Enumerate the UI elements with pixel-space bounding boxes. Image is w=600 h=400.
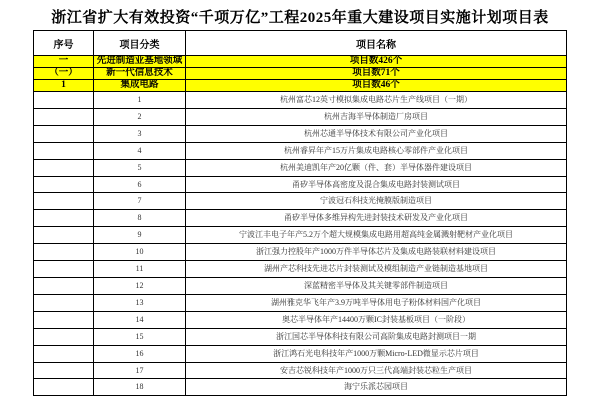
project-number-cell: 13 — [94, 294, 186, 311]
category-cell: 新一代信息技术 — [94, 68, 186, 80]
serial-cell-empty — [34, 108, 94, 125]
project-number-cell: 4 — [94, 142, 186, 159]
project-name-cell: 宁波冠石科技光掩膜版制造项目 — [186, 193, 567, 210]
project-row: 2杭州吉海半导体制造厂房项目 — [34, 108, 567, 125]
project-name-cell: 杭州吉海半导体制造厂房项目 — [186, 108, 567, 125]
project-row: 17安吉芯锐科技年产1000万只三代高端封装芯粒生产项目 — [34, 362, 567, 379]
project-name-cell: 海宁乐派芯园项目 — [186, 379, 567, 396]
project-name-cell: 浙江国芯半导体科技有限公司高阶集成电路封测项目一期 — [186, 328, 567, 345]
project-name-cell: 浙江鸿石光电科技年产1000万颗Micro-LED微显示芯片项目 — [186, 345, 567, 362]
project-row: 18海宁乐派芯园项目 — [34, 379, 567, 396]
serial-cell-empty — [34, 244, 94, 261]
project-name-cell: 奥芯半导体年产14400万颗IC封装基板项目（一阶段） — [186, 311, 567, 328]
serial-cell-empty — [34, 261, 94, 278]
serial-cell-empty — [34, 362, 94, 379]
serial-cell: 一 — [34, 56, 94, 68]
project-row: 12深蓝精密半导体及其关键零部件制造项目 — [34, 277, 567, 294]
serial-cell-empty — [34, 311, 94, 328]
project-number-cell: 18 — [94, 379, 186, 396]
section-row: 一先进制造业基地领域项目数426个 — [34, 56, 567, 68]
project-number-cell: 5 — [94, 159, 186, 176]
project-name-cell: 深蓝精密半导体及其关键零部件制造项目 — [186, 277, 567, 294]
project-row: 1杭州富芯12英寸模拟集成电路芯片生产线项目（一期） — [34, 92, 567, 109]
project-row: 10浙江强力控股年产1000万件半导体芯片及集成电路装联材料建设项目 — [34, 244, 567, 261]
project-number-cell: 12 — [94, 277, 186, 294]
project-row: 8甬矽半导体多维异构先进封装技术研发及产业化项目 — [34, 210, 567, 227]
document-page: 浙江省扩大有效投资“千项万亿”工程2025年重大建设项目实施计划项目表 序号 项… — [0, 0, 600, 400]
name-cell: 项目数71个 — [186, 68, 567, 80]
project-name-cell: 甬矽半导体多维异构先进封装技术研发及产业化项目 — [186, 210, 567, 227]
projects-table: 序号 项目分类 项目名称 一先进制造业基地领域项目数426个（一）新一代信息技术… — [33, 30, 567, 396]
serial-cell-empty — [34, 328, 94, 345]
serial-cell: （一） — [34, 68, 94, 80]
project-number-cell: 11 — [94, 261, 186, 278]
serial-cell-empty — [34, 277, 94, 294]
serial-cell-empty — [34, 379, 94, 396]
project-name-cell: 湖州雅克华飞年产3.9万吨半导体用电子粉体材料国产化项目 — [186, 294, 567, 311]
serial-cell-empty — [34, 227, 94, 244]
category-cell: 集成电路 — [94, 80, 186, 92]
serial-cell-empty — [34, 345, 94, 362]
project-row: 11湖州产芯科技先进芯片封装测试及模组制造产业链制造基地项目 — [34, 261, 567, 278]
project-row: 14奥芯半导体年产14400万颗IC封装基板项目（一阶段） — [34, 311, 567, 328]
project-name-cell: 安吉芯锐科技年产1000万只三代高端封装芯粒生产项目 — [186, 362, 567, 379]
serial-cell-empty — [34, 92, 94, 109]
project-name-cell: 浙江强力控股年产1000万件半导体芯片及集成电路装联材料建设项目 — [186, 244, 567, 261]
project-row: 3杭州芯通半导体技术有限公司产业化项目 — [34, 125, 567, 142]
project-name-cell: 杭州芯通半导体技术有限公司产业化项目 — [186, 125, 567, 142]
project-number-cell: 8 — [94, 210, 186, 227]
serial-cell-empty — [34, 294, 94, 311]
project-name-cell: 杭州美迪凯年产20亿颗（件、套）半导体器件建设项目 — [186, 159, 567, 176]
project-number-cell: 17 — [94, 362, 186, 379]
col-header-serial: 序号 — [34, 31, 94, 56]
project-number-cell: 14 — [94, 311, 186, 328]
project-number-cell: 6 — [94, 176, 186, 193]
serial-cell-empty — [34, 159, 94, 176]
project-row: 7宁波冠石科技光掩膜版制造项目 — [34, 193, 567, 210]
category-cell: 先进制造业基地领域 — [94, 56, 186, 68]
project-name-cell: 甬矽半导体高密度及混合集成电路封装测试项目 — [186, 176, 567, 193]
project-number-cell: 7 — [94, 193, 186, 210]
serial-cell-empty — [34, 142, 94, 159]
project-row: 6甬矽半导体高密度及混合集成电路封装测试项目 — [34, 176, 567, 193]
project-number-cell: 10 — [94, 244, 186, 261]
project-row: 16浙江鸿石光电科技年产1000万颗Micro-LED微显示芯片项目 — [34, 345, 567, 362]
table-body: 一先进制造业基地领域项目数426个（一）新一代信息技术项目数71个1集成电路项目… — [34, 56, 567, 396]
project-number-cell: 9 — [94, 227, 186, 244]
project-number-cell: 1 — [94, 92, 186, 109]
page-title: 浙江省扩大有效投资“千项万亿”工程2025年重大建设项目实施计划项目表 — [0, 0, 600, 29]
serial-cell: 1 — [34, 80, 94, 92]
project-number-cell: 16 — [94, 345, 186, 362]
project-name-cell: 宁波江丰电子年产5.2万个超大规模集成电路用超高纯金属溅射靶材产业化项目 — [186, 227, 567, 244]
project-row: 5杭州美迪凯年产20亿颗（件、套）半导体器件建设项目 — [34, 159, 567, 176]
table-header: 序号 项目分类 项目名称 — [34, 31, 567, 56]
section-row: （一）新一代信息技术项目数71个 — [34, 68, 567, 80]
name-cell: 项目数426个 — [186, 56, 567, 68]
project-number-cell: 3 — [94, 125, 186, 142]
project-name-cell: 湖州产芯科技先进芯片封装测试及模组制造产业链制造基地项目 — [186, 261, 567, 278]
project-name-cell: 杭州睿昇年产15万片集成电路核心零部件产业化项目 — [186, 142, 567, 159]
serial-cell-empty — [34, 176, 94, 193]
section-row: 1集成电路项目数46个 — [34, 80, 567, 92]
project-row: 13湖州雅克华飞年产3.9万吨半导体用电子粉体材料国产化项目 — [34, 294, 567, 311]
project-number-cell: 2 — [94, 108, 186, 125]
serial-cell-empty — [34, 125, 94, 142]
serial-cell-empty — [34, 210, 94, 227]
project-row: 15浙江国芯半导体科技有限公司高阶集成电路封测项目一期 — [34, 328, 567, 345]
serial-cell-empty — [34, 193, 94, 210]
project-number-cell: 15 — [94, 328, 186, 345]
project-row: 4杭州睿昇年产15万片集成电路核心零部件产业化项目 — [34, 142, 567, 159]
name-cell: 项目数46个 — [186, 80, 567, 92]
col-header-category: 项目分类 — [94, 31, 186, 56]
project-name-cell: 杭州富芯12英寸模拟集成电路芯片生产线项目（一期） — [186, 92, 567, 109]
header-row: 序号 项目分类 项目名称 — [34, 31, 567, 56]
project-row: 9宁波江丰电子年产5.2万个超大规模集成电路用超高纯金属溅射靶材产业化项目 — [34, 227, 567, 244]
col-header-name: 项目名称 — [186, 31, 567, 56]
